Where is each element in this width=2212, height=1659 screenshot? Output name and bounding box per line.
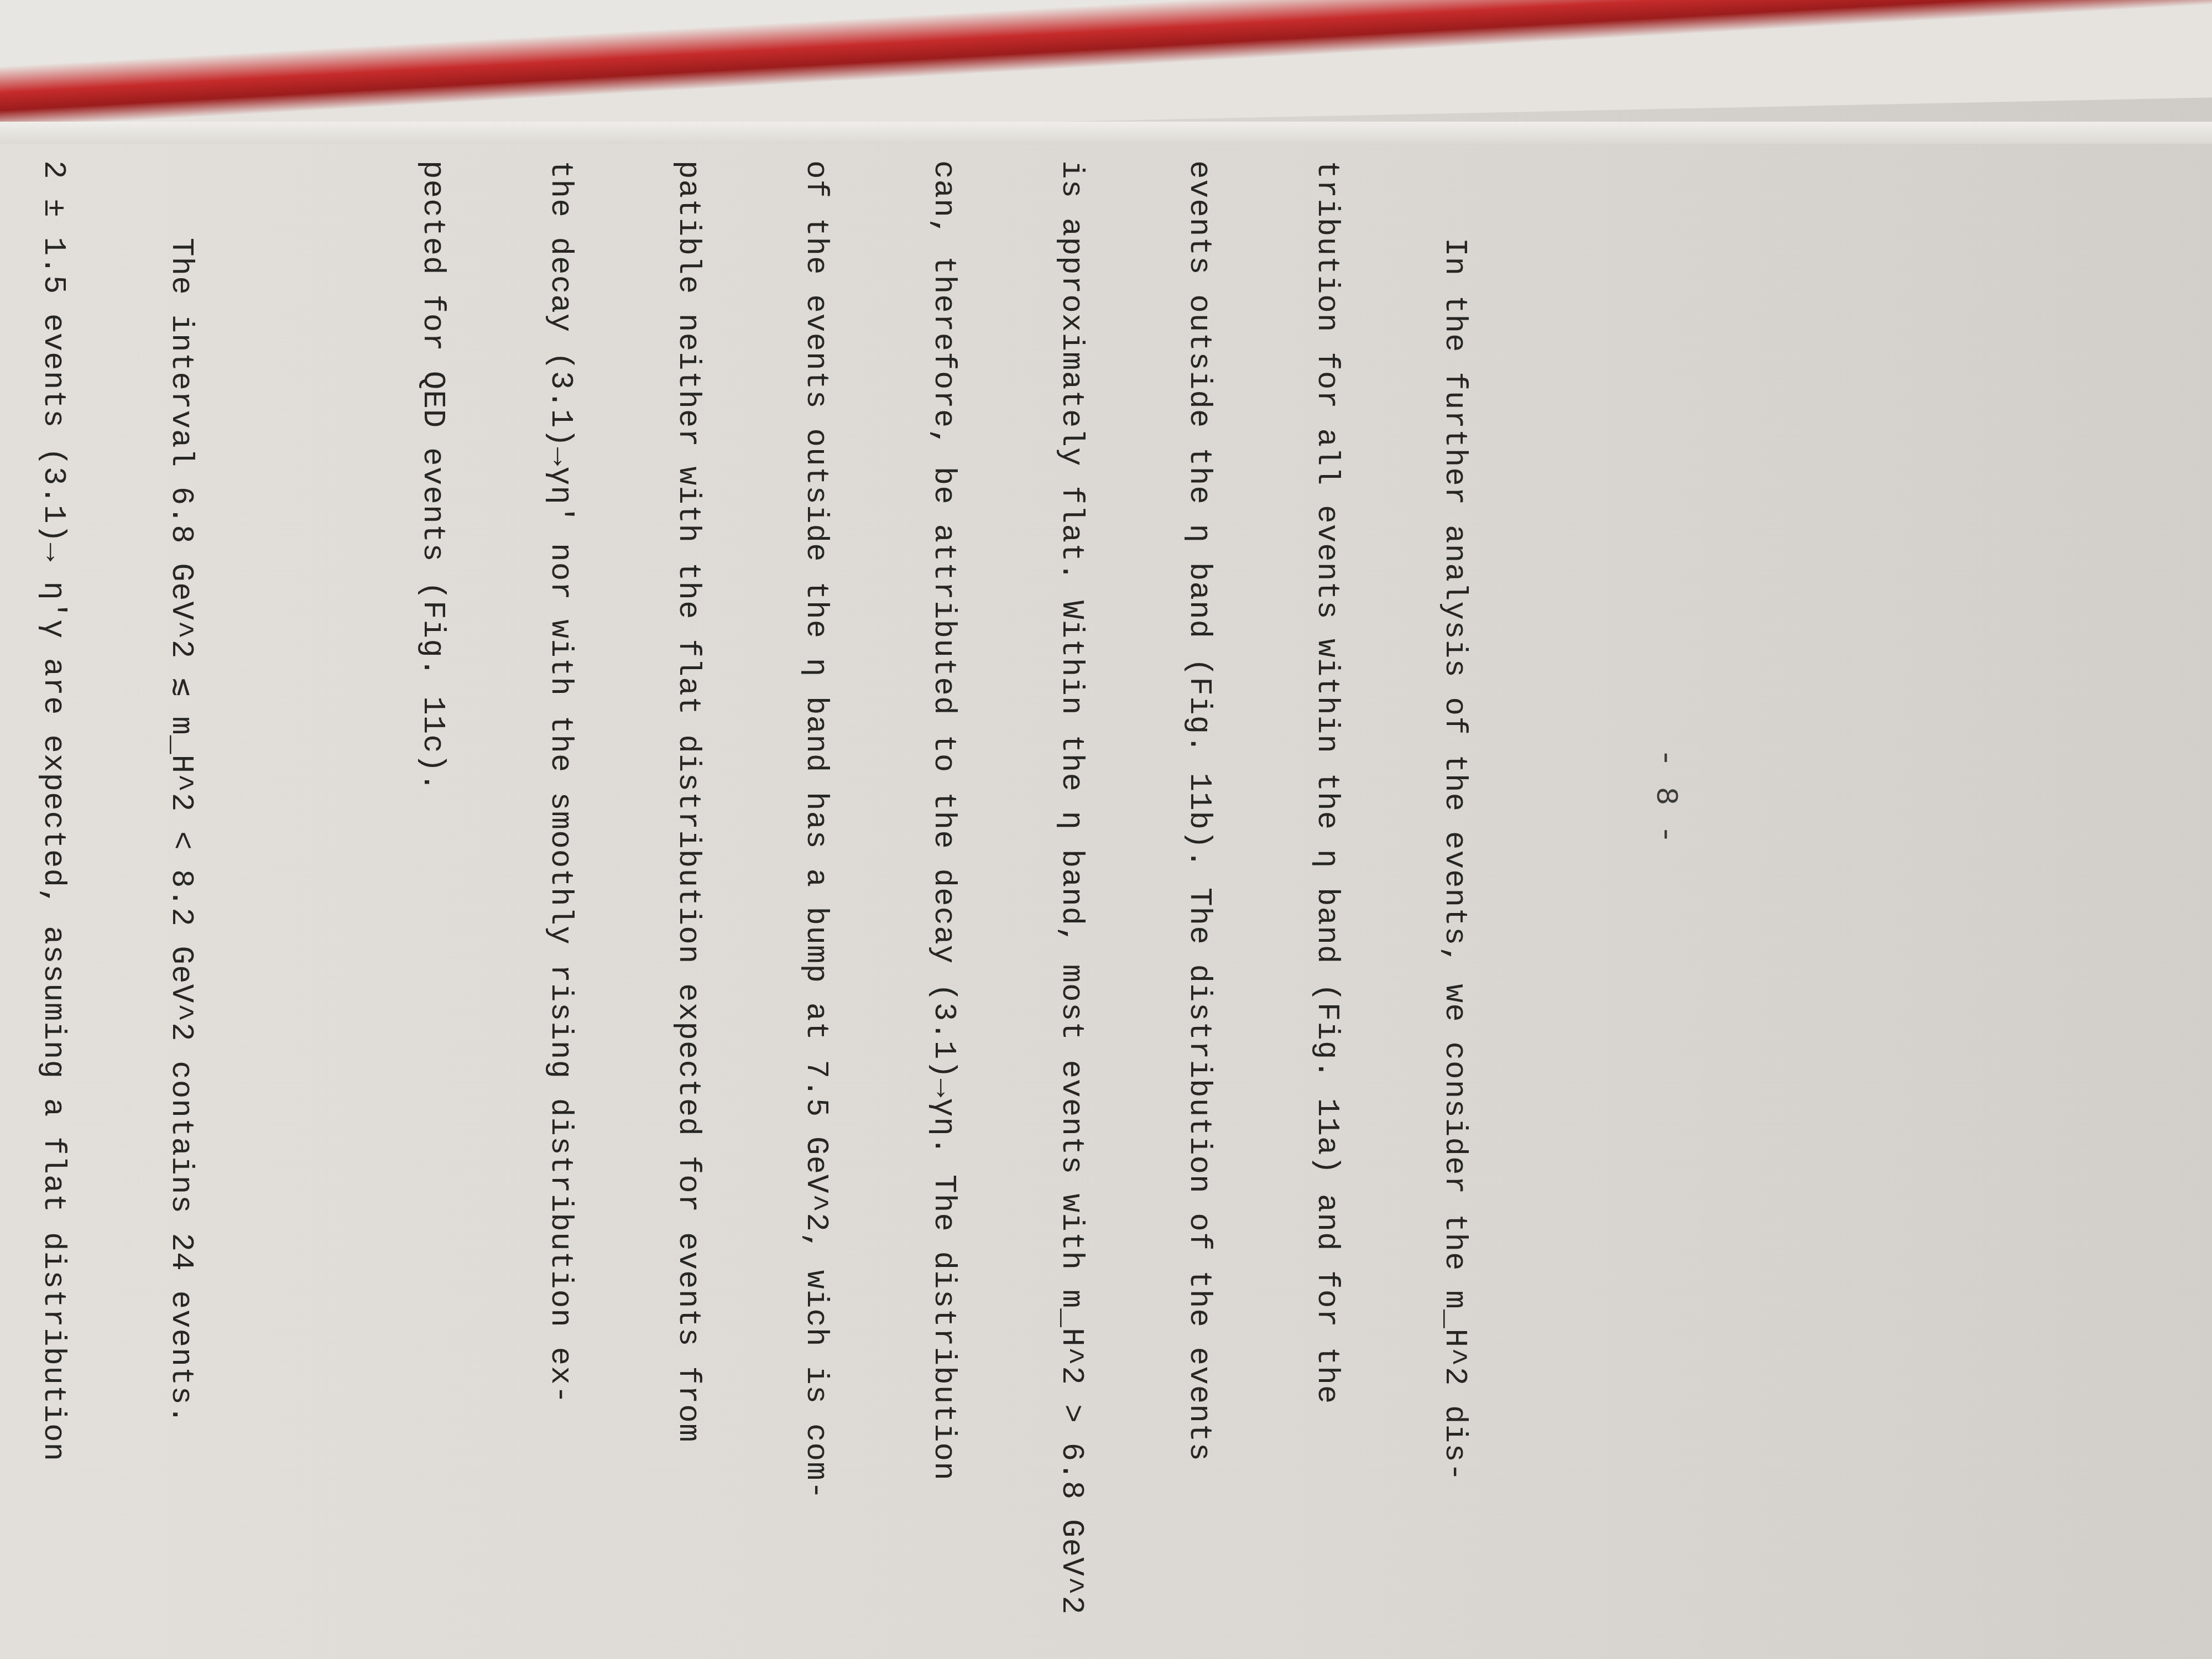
text-line: pected for QED events (Fig. 11c). xyxy=(411,160,454,1653)
text-line: In the further analysis of the events, w… xyxy=(1433,160,1476,1653)
text-line: The interval 6.8 GeV^2 ≲ m_H^2 < 8.2 GeV… xyxy=(160,160,202,1653)
rotated-text-block: - 8 - In the further analysis of the eve… xyxy=(83,160,1687,1653)
text-line: events outside the η band (Fig. 11b). Th… xyxy=(1178,160,1220,1653)
text-line: patible neither with the flat distributi… xyxy=(667,160,709,1653)
document-page: - 8 - In the further analysis of the eve… xyxy=(0,144,2212,1659)
text-line: of the events outside the η band has a b… xyxy=(795,160,837,1653)
text-line: 2 ± 1.5 events (3.1)→ η'γ are expected, … xyxy=(32,160,75,1653)
text-line: the decay (3.1)→γη' nor with the smoothl… xyxy=(539,160,582,1653)
text-line: tribution for all events within the η ba… xyxy=(1306,160,1348,1653)
text-line: can, therefore, be attributed to the dec… xyxy=(922,160,965,1653)
page-number: - 8 - xyxy=(1644,0,1687,1653)
paragraph-2: The interval 6.8 GeV^2 ≲ m_H^2 < 8.2 GeV… xyxy=(0,160,288,1653)
text-line: is approximately flat. Within the η band… xyxy=(1050,160,1093,1653)
paragraph-1: In the further analysis of the events, w… xyxy=(326,160,1561,1653)
page-top-edge xyxy=(0,122,2212,145)
